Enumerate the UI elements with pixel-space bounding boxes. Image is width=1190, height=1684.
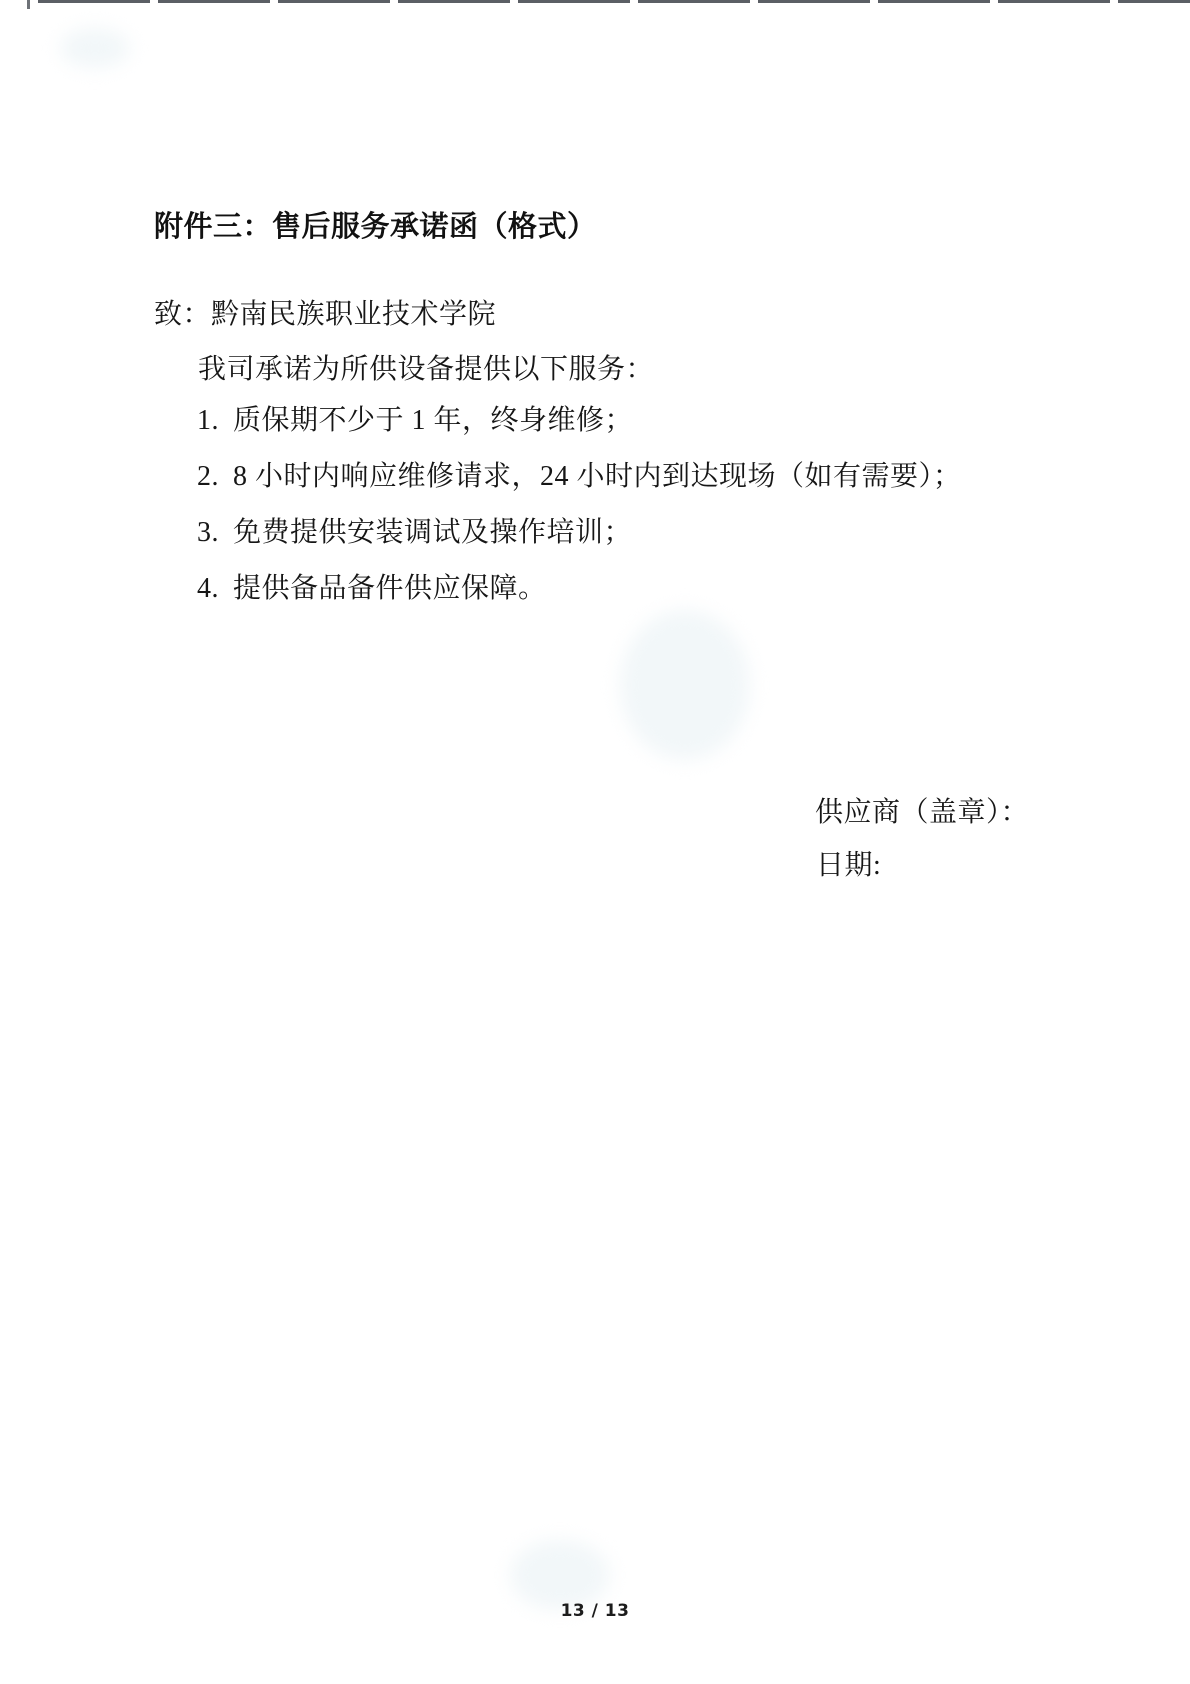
scan-smudge [510,1540,610,1610]
service-commitment-list: 1. 质保期不少于 1 年，终身维修； 2. 8 小时内响应维修请求，24 小时… [197,404,962,628]
scan-edge-artifact [38,0,1190,3]
list-item-number: 2. [197,460,233,494]
supplier-seal-label: 供应商（盖章）： [815,796,1029,830]
list-item-text: 提供备品备件供应保障。 [233,572,547,606]
intro-line: 我司承诺为所供设备提供以下服务： [198,353,654,387]
list-item-number: 4. [197,572,233,606]
document-page: 附件三：售后服务承诺函（格式） 致：黔南民族职业技术学院 我司承诺为所供设备提供… [0,0,1190,1684]
list-item-number: 1. [197,404,233,438]
list-item-text: 免费提供安装调试及操作培训； [233,516,632,550]
list-item: 2. 8 小时内响应维修请求，24 小时内到达现场（如有需要）； [197,460,962,494]
attachment-title: 附件三：售后服务承诺函（格式） [154,210,597,244]
list-item: 1. 质保期不少于 1 年，终身维修； [197,404,962,438]
date-label: 日期: [816,849,881,883]
scan-smudge [620,610,750,760]
list-item-number: 3. [197,516,233,550]
scan-edge-tick [27,0,30,9]
salutation-line: 致：黔南民族职业技术学院 [154,298,496,332]
list-item: 4. 提供备品备件供应保障。 [197,572,962,606]
list-item-text: 8 小时内响应维修请求，24 小时内到达现场（如有需要）； [233,460,962,494]
page-number: 13 / 13 [0,1601,1190,1621]
list-item-text: 质保期不少于 1 年，终身维修； [233,404,633,438]
scan-smudge [60,28,130,68]
list-item: 3. 免费提供安装调试及操作培训； [197,516,962,550]
